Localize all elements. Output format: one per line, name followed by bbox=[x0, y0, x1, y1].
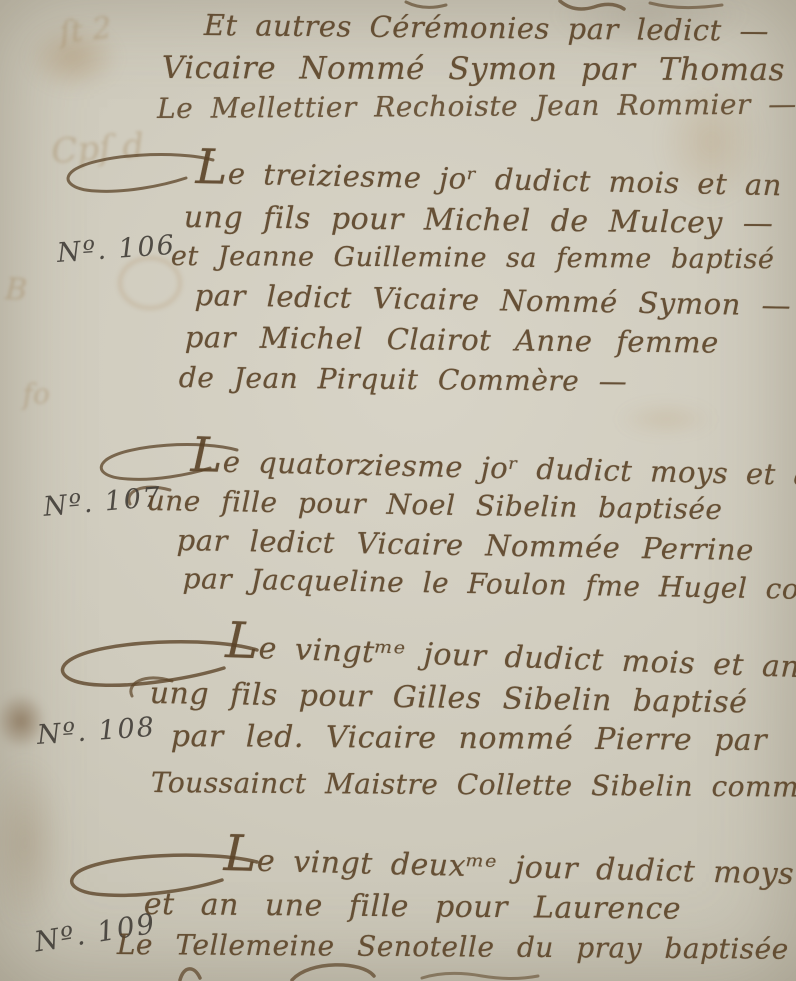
bleedthrough-mark: fo bbox=[22, 377, 50, 411]
paper-stain bbox=[596, 396, 736, 442]
manuscript-line: et Jeanne Guillemine sa femme baptisé bbox=[171, 241, 775, 275]
cutoff-line-bottom bbox=[172, 962, 602, 981]
manuscript-line: Le vingt deuxᵐᵉ jour dudict moys bbox=[223, 843, 794, 892]
bleedthrough-mark: ſt 2 bbox=[58, 11, 113, 51]
manuscript-line: par led. Vicaire nommé Pierre par bbox=[171, 719, 767, 758]
manuscript-line: Vicaire Nommé Symon par Thomas bbox=[162, 50, 785, 88]
manuscript-line: Et autres Cérémonies par ledict — bbox=[204, 8, 769, 48]
manuscript-line: une fille pour Noel Sibelin baptisée bbox=[146, 484, 722, 526]
manuscript-line: et an une fille pour Laurence bbox=[144, 887, 682, 927]
manuscript-line: Le Tellemeine Senotelle du pray baptisée bbox=[117, 928, 789, 966]
manuscript-line: Le vingtᵐᵉ jour dudict mois et an bbox=[225, 630, 796, 685]
manuscript-line: par Michel Clairot Anne femme bbox=[185, 320, 719, 360]
manuscript-line: de Jean Pirquit Commère — bbox=[179, 361, 628, 398]
manuscript-line: Le Mellettier Rechoiste Jean Rommier — bbox=[157, 88, 796, 125]
manuscript-line: par ledict Vicaire Nommée Perrine bbox=[176, 523, 754, 567]
manuscript-line: ung fils pour Michel de Mulcey — bbox=[184, 200, 774, 241]
entry-number: Nº. 107 bbox=[42, 482, 163, 523]
manuscript-line: par ledict Vicaire Nommé Symon — bbox=[194, 278, 791, 322]
manuscript-line: Le treiziesme joʳ dudict mois et an bbox=[195, 156, 782, 202]
manuscript-line: Toussainct Maistre Collette Sibelin comm… bbox=[151, 766, 796, 804]
bleedthrough-mark: Cpſ d bbox=[50, 126, 146, 172]
manuscript-line: par Jacqueline le Foulon fme Hugel compr… bbox=[182, 562, 796, 607]
entry-number: Nº. 108 bbox=[36, 712, 157, 751]
bleedthrough-mark: B bbox=[4, 272, 28, 308]
manuscript-page: ſt 2 Cpſ d B fo Et autres Cérémonies par… bbox=[0, 0, 796, 981]
manuscript-line: ung fils pour Gilles Sibelin baptisé bbox=[149, 676, 747, 720]
